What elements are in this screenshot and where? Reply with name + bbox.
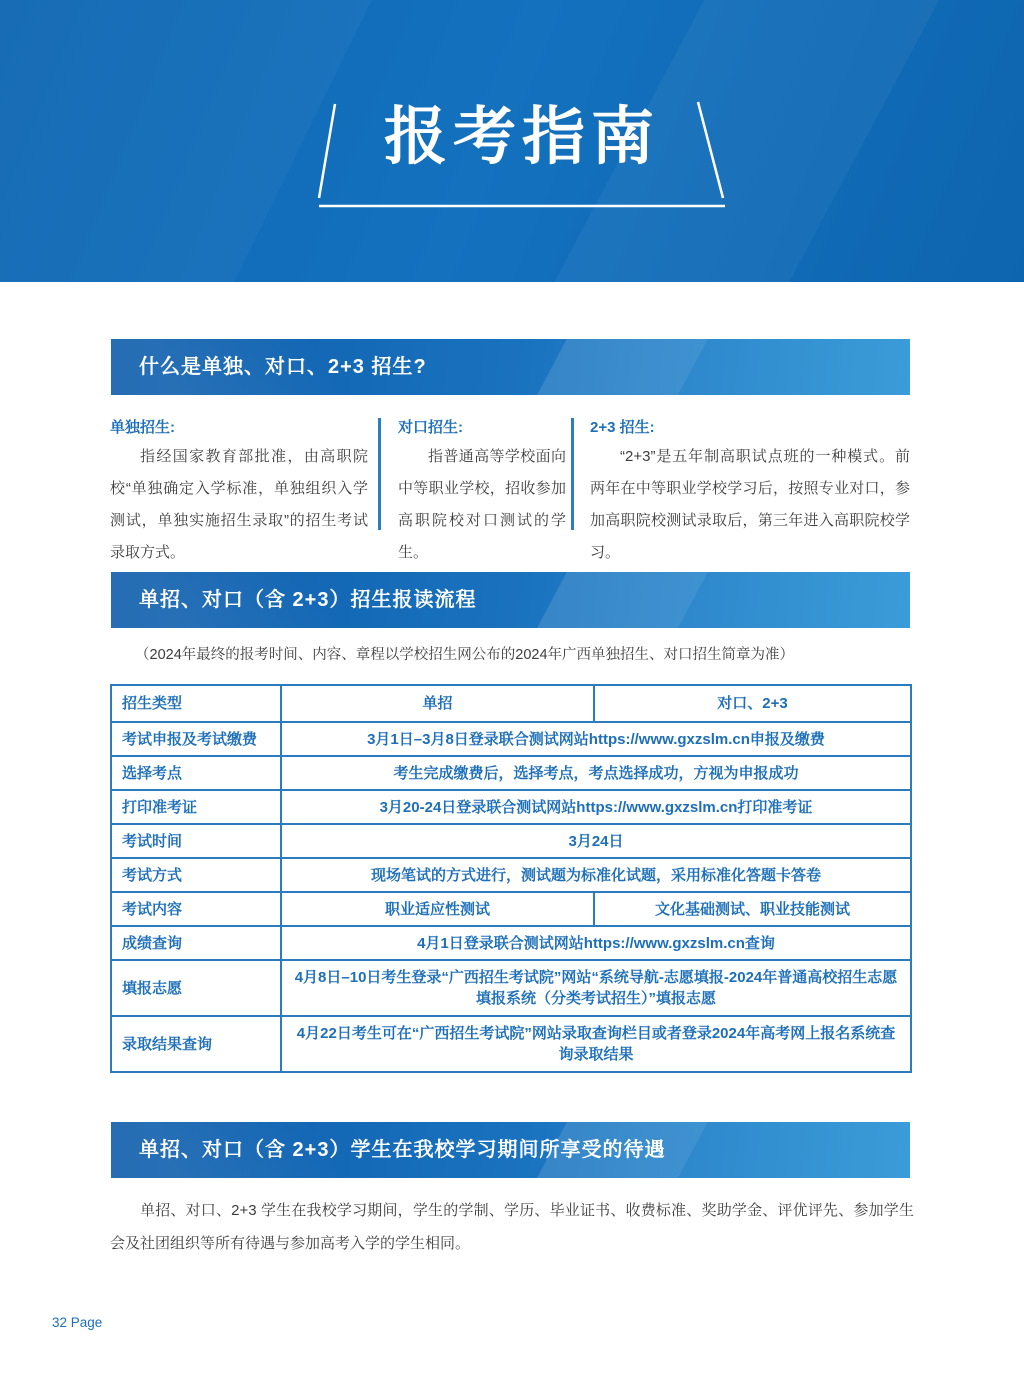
table-row: 考试内容 职业适应性测试 文化基础测试、职业技能测试 <box>111 892 911 926</box>
column-divider <box>571 418 574 530</box>
row-label: 填报志愿 <box>111 960 281 1016</box>
section1-heading: 什么是单独、对口、2+3 招生? <box>111 339 910 395</box>
table-row: 考试申报及考试缴费 3月1日–3月8日登录联合测试网站https://www.g… <box>111 722 911 756</box>
row-value: 3月24日 <box>281 824 911 858</box>
column-title: 2+3 招生: <box>590 416 910 437</box>
row-value: 现场笔试的方式进行，测试题为标准化试题，采用标准化答题卡答卷 <box>281 858 911 892</box>
row-value: 4月22日考生可在“广西招生考试院”网站录取查询栏目或者登录2024年高考网上报… <box>281 1016 911 1072</box>
header-cell-danzhao: 单招 <box>281 685 594 722</box>
row-label: 考试申报及考试缴费 <box>111 722 281 756</box>
page-title-badge: 报考指南 <box>316 96 728 212</box>
section2-heading: 单招、对口（含 2+3）招生报读流程 <box>111 572 910 628</box>
table-row: 录取结果查询 4月22日考生可在“广西招生考试院”网站录取查询栏目或者登录202… <box>111 1016 911 1072</box>
column-duikou-zhaosheng: 对口招生: 指普通高等学校面向中等职业学校，招收参加高职院校对口测试的学生。 <box>398 416 566 569</box>
column-2plus3-zhaosheng: 2+3 招生: “2+3”是五年制高职试点班的一种模式。前两年在中等职业学校学习… <box>590 416 910 569</box>
row-label: 考试内容 <box>111 892 281 926</box>
admission-process-table: 招生类型 单招 对口、2+3 考试申报及考试缴费 3月1日–3月8日登录联合测试… <box>110 684 912 1073</box>
row-value: 4月8日–10日考生登录“广西招生考试院”网站“系统导航-志愿填报-2024年普… <box>281 960 911 1016</box>
row-value-duikou: 文化基础测试、职业技能测试 <box>594 892 911 926</box>
header-cell-type: 招生类型 <box>111 685 281 722</box>
row-value-danzhao: 职业适应性测试 <box>281 892 594 926</box>
row-label: 选择考点 <box>111 756 281 790</box>
row-label: 录取结果查询 <box>111 1016 281 1072</box>
row-label: 成绩查询 <box>111 926 281 960</box>
table-row: 成绩查询 4月1日登录联合测试网站https://www.gxzslm.cn查询 <box>111 926 911 960</box>
section3-heading: 单招、对口（含 2+3）学生在我校学习期间所享受的待遇 <box>111 1122 910 1178</box>
page-number: 32 Page <box>52 1315 102 1330</box>
table-row: 打印准考证 3月20-24日登录联合测试网站https://www.gxzslm… <box>111 790 911 824</box>
page-title: 报考指南 <box>316 102 728 172</box>
treatment-paragraph: 单招、对口、2+3 学生在我校学习期间，学生的学制、学历、毕业证书、收费标准、奖… <box>110 1194 914 1260</box>
table-row: 填报志愿 4月8日–10日考生登录“广西招生考试院”网站“系统导航-志愿填报-2… <box>111 960 911 1016</box>
row-value: 3月20-24日登录联合测试网站https://www.gxzslm.cn打印准… <box>281 790 911 824</box>
badge-frame-lines <box>316 96 728 212</box>
row-label: 打印准考证 <box>111 790 281 824</box>
row-value: 3月1日–3月8日登录联合测试网站https://www.gxzslm.cn申报… <box>281 722 911 756</box>
column-body: 指普通高等学校面向中等职业学校，招收参加高职院校对口测试的学生。 <box>398 441 566 569</box>
column-body: “2+3”是五年制高职试点班的一种模式。前两年在中等职业学校学习后，按照专业对口… <box>590 441 910 569</box>
header-cell-duikou: 对口、2+3 <box>594 685 911 722</box>
process-note: （2024年最终的报考时间、内容、章程以学校招生网公布的2024年广西单独招生、… <box>135 645 905 665</box>
row-value: 考生完成缴费后，选择考点，考点选择成功，方视为申报成功 <box>281 756 911 790</box>
brochure-page: 报考指南 什么是单独、对口、2+3 招生? 单独招生: 指经国家教育部批准，由高… <box>0 0 1024 1399</box>
column-divider <box>378 418 381 530</box>
column-dandu-zhaosheng: 单独招生: 指经国家教育部批准，由高职院校“单独确定入学标准，单独组织入学测试，… <box>110 416 368 569</box>
section-banner-treatment: 单招、对口（含 2+3）学生在我校学习期间所享受的待遇 <box>111 1122 910 1178</box>
column-title: 单独招生: <box>110 416 368 437</box>
intro-columns: 单独招生: 指经国家教育部批准，由高职院校“单独确定入学标准，单独组织入学测试，… <box>110 416 910 538</box>
section-banner-what-is: 什么是单独、对口、2+3 招生? <box>111 339 910 395</box>
hero-banner: 报考指南 <box>0 0 1024 282</box>
table-row: 考试方式 现场笔试的方式进行，测试题为标准化试题，采用标准化答题卡答卷 <box>111 858 911 892</box>
row-label: 考试时间 <box>111 824 281 858</box>
column-title: 对口招生: <box>398 416 566 437</box>
section-banner-process: 单招、对口（含 2+3）招生报读流程 <box>111 572 910 628</box>
table-row: 考试时间 3月24日 <box>111 824 911 858</box>
column-body: 指经国家教育部批准，由高职院校“单独确定入学标准，单独组织入学测试，单独实施招生… <box>110 441 368 569</box>
row-label: 考试方式 <box>111 858 281 892</box>
page-footer: 32 Page <box>52 1315 102 1330</box>
table-header-row: 招生类型 单招 对口、2+3 <box>111 685 911 722</box>
table-row: 选择考点 考生完成缴费后，选择考点，考点选择成功，方视为申报成功 <box>111 756 911 790</box>
row-value: 4月1日登录联合测试网站https://www.gxzslm.cn查询 <box>281 926 911 960</box>
